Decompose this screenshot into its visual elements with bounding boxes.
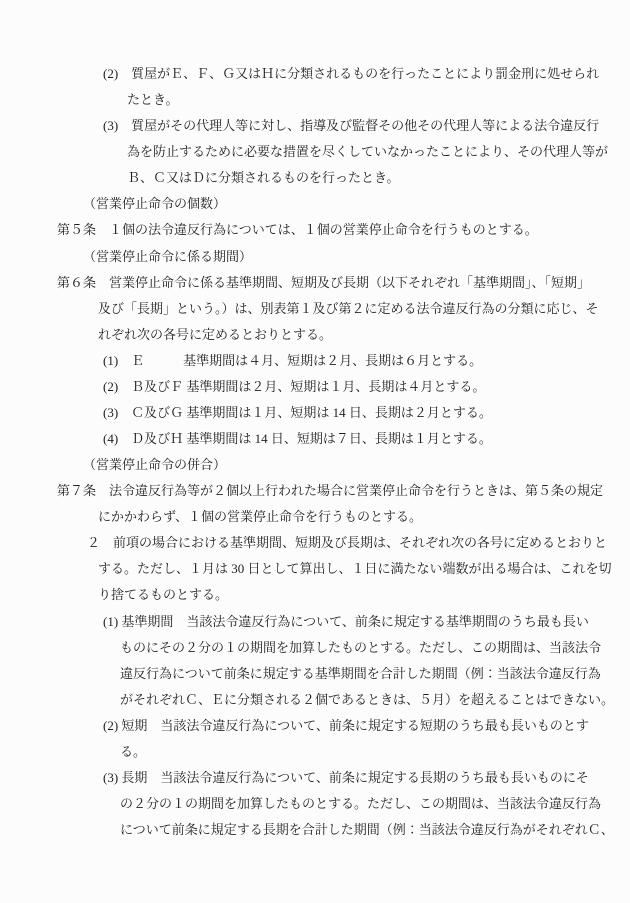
line-item: (3) 長期 当該法令違反行為について、前条に規定する長期のうち最も長いものにそ (103, 770, 589, 786)
line-continuation: がそれぞれＣ、Ｅに分類される２個であるときは、５月）を超えることはできない。 (120, 692, 614, 708)
line-section-header: （営業停止命令の個数） (83, 196, 226, 212)
line-item: (4) Ｄ及びＨ 基準期間は 14 日、短期は７日、長期は１月とする。 (103, 431, 492, 447)
line-section-header: （営業停止命令に係る期間） (83, 249, 252, 265)
line-item: (2) 短期 当該法令違反行為について、前条に規定する短期のうち最も長いものとす (103, 718, 589, 734)
line-section-header: （営業停止命令の併合） (83, 457, 226, 473)
line-continuation: にかかわらず、１個の営業停止命令を行うものとする。 (98, 509, 422, 525)
line-continuation: ものにその２分の１の期間を加算したものとする。ただし、この期間は、当該法令 (120, 640, 601, 656)
line-item: (3) Ｃ及びＧ 基準期間は１月、短期は 14 日、長期は２月とする。 (103, 405, 492, 421)
line-article-6: 第６条 営業停止命令に係る基準期間、短期及び長期（以下それぞれ「基準期間」、「短… (57, 275, 590, 291)
line-paragraph-2: ２ 前項の場合における基準期間、短期及び長期は、それぞれ次の各号に定めるとおりと (87, 535, 607, 551)
line-continuation: について前条に規定する長期を合計した期間（例：当該法令違反行為がそれぞれＣ、 (120, 822, 614, 838)
line-item: (1) Ｅ 基準期間は４月、短期は２月、長期は６月とする。 (103, 353, 482, 369)
line-continuation: 違反行為について前条に規定する基準期間を合計した期間（例：当該法令違反行為 (120, 666, 601, 682)
line-continuation: 為を防止するために必要な措置を尽くしていなかったことにより、その代理人等が (127, 144, 608, 160)
line-item: (2) 質屋がＥ、Ｆ、Ｇ又はＨに分類されるものを行ったことにより罰金刑に処せられ (103, 66, 599, 82)
line-continuation: り捨てるものとする。 (98, 587, 228, 603)
line-article-7: 第７条 法令違反行為等が２個以上行われた場合に営業停止命令を行うときは、第５条の… (57, 483, 603, 499)
line-article-5: 第５条 １個の法令違反行為については、１個の営業停止命令を行うものとする。 (57, 222, 538, 238)
line-continuation: 及び「長期」という。）は、別表第１及び第２に定める法令違反行為の分類に応じ、そ (98, 301, 599, 317)
line-continuation: の２分の１の期間を加算したものとする。ただし、この期間は、当該法令違反行為 (120, 796, 601, 812)
line-continuation: たとき。 (127, 92, 178, 108)
line-continuation: れぞれ次の各号に定めるとおりとする。 (98, 327, 332, 343)
line-continuation: る。 (120, 744, 146, 760)
line-continuation: Ｂ、Ｃ又はＤに分類されるものを行ったとき。 (127, 170, 399, 186)
line-item: (2) Ｂ及びＦ 基準期間は２月、短期は１月、長期は４月とする。 (103, 379, 485, 395)
document-page: (2) 質屋がＥ、Ｆ、Ｇ又はＨに分類されるものを行ったことにより罰金刑に処せられ… (0, 0, 630, 903)
line-item: (1) 基準期間 当該法令違反行為について、前条に規定する基準期間のうち最も長い (103, 614, 589, 630)
line-item: (3) 質屋がその代理人等に対し、指導及び監督その他その代理人等による法令違反行 (103, 118, 599, 134)
line-continuation: する。ただし、１月は 30 日として算出し、１日に満たない端数が出る場合は、これ… (98, 561, 612, 577)
